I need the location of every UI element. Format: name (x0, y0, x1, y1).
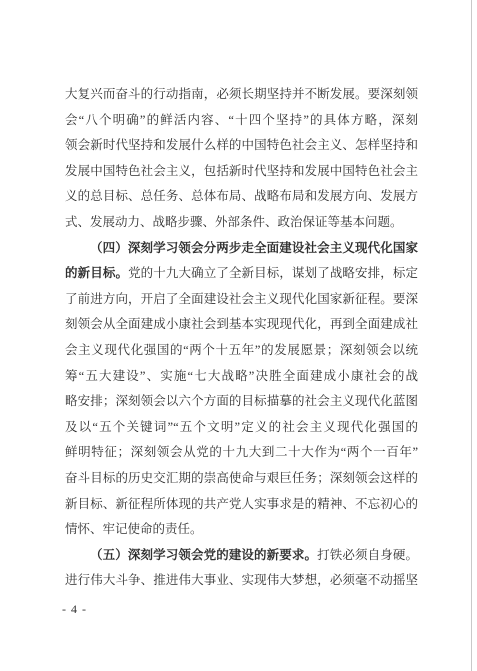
text-line: 筹“五大建设”、实施“七大战略”决胜全面建成小康社会的战 (65, 364, 418, 390)
emphasis-text-segment: （四）深刻学习领会分两步走全面建设社会主义现代化国家 (90, 241, 418, 255)
text-segment: 领会新时代坚持和发展什么样的中国特色社会主义、怎样坚持和 (65, 138, 418, 152)
text-segment: 筹“五大建设”、实施“七大战略”决胜全面建成小康社会的战 (65, 369, 418, 383)
text-line: 会“八个明确”的鲜活内容、“十四个坚持”的具体方略，深刻 (65, 108, 418, 134)
text-segment: 情怀、牢记使命的责任。 (65, 522, 203, 536)
text-line: 及以“五个关键词”“五个文明”定义的社会主义现代化强国的 (65, 415, 418, 441)
page-number: - 4 - (62, 600, 87, 618)
text-segment: 会主义现代化强国的“两个十五年”的发展愿景；深刻领会以统 (65, 343, 418, 357)
text-segment: 党的十九大确立了全新目标，谋划了战略安排，标定 (128, 266, 418, 280)
text-segment: 奋斗目标的历史交汇期的崇高使命与艰巨任务；深刻领会这样的 (65, 471, 418, 485)
text-line: 大复兴而奋斗的行动指南，必须长期坚持并不断发展。要深刻领 (65, 82, 418, 108)
text-segment: 略安排；深刻领会以六个方面的目标描摹的社会主义现代化蓝图 (65, 394, 418, 408)
emphasis-text-segment: （五）深刻学习领会党的建设的新要求。 (90, 548, 317, 562)
text-segment: 会“八个明确”的鲜活内容、“十四个坚持”的具体方略，深刻 (65, 113, 418, 127)
document-body: 大复兴而奋斗的行动指南，必须长期坚持并不断发展。要深刻领会“八个明确”的鲜活内容… (65, 82, 418, 594)
text-segment: 义的总目标、总任务、总体布局、战略布局和发展方向、发展方 (65, 189, 418, 203)
text-segment: 进行伟大斗争、推进伟大事业、实现伟大梦想，必须毫不动摇坚 (65, 573, 418, 587)
emphasis-text-segment: 的新目标。 (65, 266, 128, 280)
text-line: 了前进方向，开启了全面建设社会主义现代化国家新征程。要深 (65, 287, 418, 313)
text-line: 会主义现代化强国的“两个十五年”的发展愿景；深刻领会以统 (65, 338, 418, 364)
text-line: 义的总目标、总任务、总体布局、战略布局和发展方向、发展方 (65, 184, 418, 210)
text-line: 的新目标。党的十九大确立了全新目标，谋划了战略安排，标定 (65, 261, 418, 287)
text-line: 鲜明特征；深刻领会从党的十九大到二十大作为“两个一百年” (65, 440, 418, 466)
scan-edge-line (471, 0, 472, 671)
text-line: 新目标、新征程所体现的共产党人实事求是的精神、不忘初心的 (65, 492, 418, 518)
text-segment: 大复兴而奋斗的行动指南，必须长期坚持并不断发展。要深刻领 (65, 87, 418, 101)
text-segment: 了前进方向，开启了全面建设社会主义现代化国家新征程。要深 (65, 292, 418, 306)
text-line: 发展中国特色社会主义，包括新时代坚持和发展中国特色社会主 (65, 159, 418, 185)
text-line: 奋斗目标的历史交汇期的崇高使命与艰巨任务；深刻领会这样的 (65, 466, 418, 492)
text-segment: 刻领会从全面建成小康社会到基本实现现代化，再到全面建成社 (65, 317, 418, 331)
document-page: 大复兴而奋斗的行动指南，必须长期坚持并不断发展。要深刻领会“八个明确”的鲜活内容… (0, 0, 477, 671)
text-line: 刻领会从全面建成小康社会到基本实现现代化，再到全面建成社 (65, 312, 418, 338)
text-line: 情怀、牢记使命的责任。 (65, 517, 418, 543)
text-line: 进行伟大斗争、推进伟大事业、实现伟大梦想，必须毫不动摇坚 (65, 568, 418, 594)
text-line: 略安排；深刻领会以六个方面的目标描摹的社会主义现代化蓝图 (65, 389, 418, 415)
text-segment: 及以“五个关键词”“五个文明”定义的社会主义现代化强国的 (65, 420, 418, 434)
text-segment: 发展中国特色社会主义，包括新时代坚持和发展中国特色社会主 (65, 164, 418, 178)
text-segment: 新目标、新征程所体现的共产党人实事求是的精神、不忘初心的 (65, 497, 418, 511)
text-line: 领会新时代坚持和发展什么样的中国特色社会主义、怎样坚持和 (65, 133, 418, 159)
text-segment: 打铁必须自身硬。 (317, 548, 418, 562)
text-segment: 式、发展动力、战略步骤、外部条件、政治保证等基本问题。 (65, 215, 403, 229)
text-line: （四）深刻学习领会分两步走全面建设社会主义现代化国家 (65, 236, 418, 262)
text-line: （五）深刻学习领会党的建设的新要求。打铁必须自身硬。 (65, 543, 418, 569)
text-line: 式、发展动力、战略步骤、外部条件、政治保证等基本问题。 (65, 210, 418, 236)
text-segment: 鲜明特征；深刻领会从党的十九大到二十大作为“两个一百年” (65, 445, 418, 459)
